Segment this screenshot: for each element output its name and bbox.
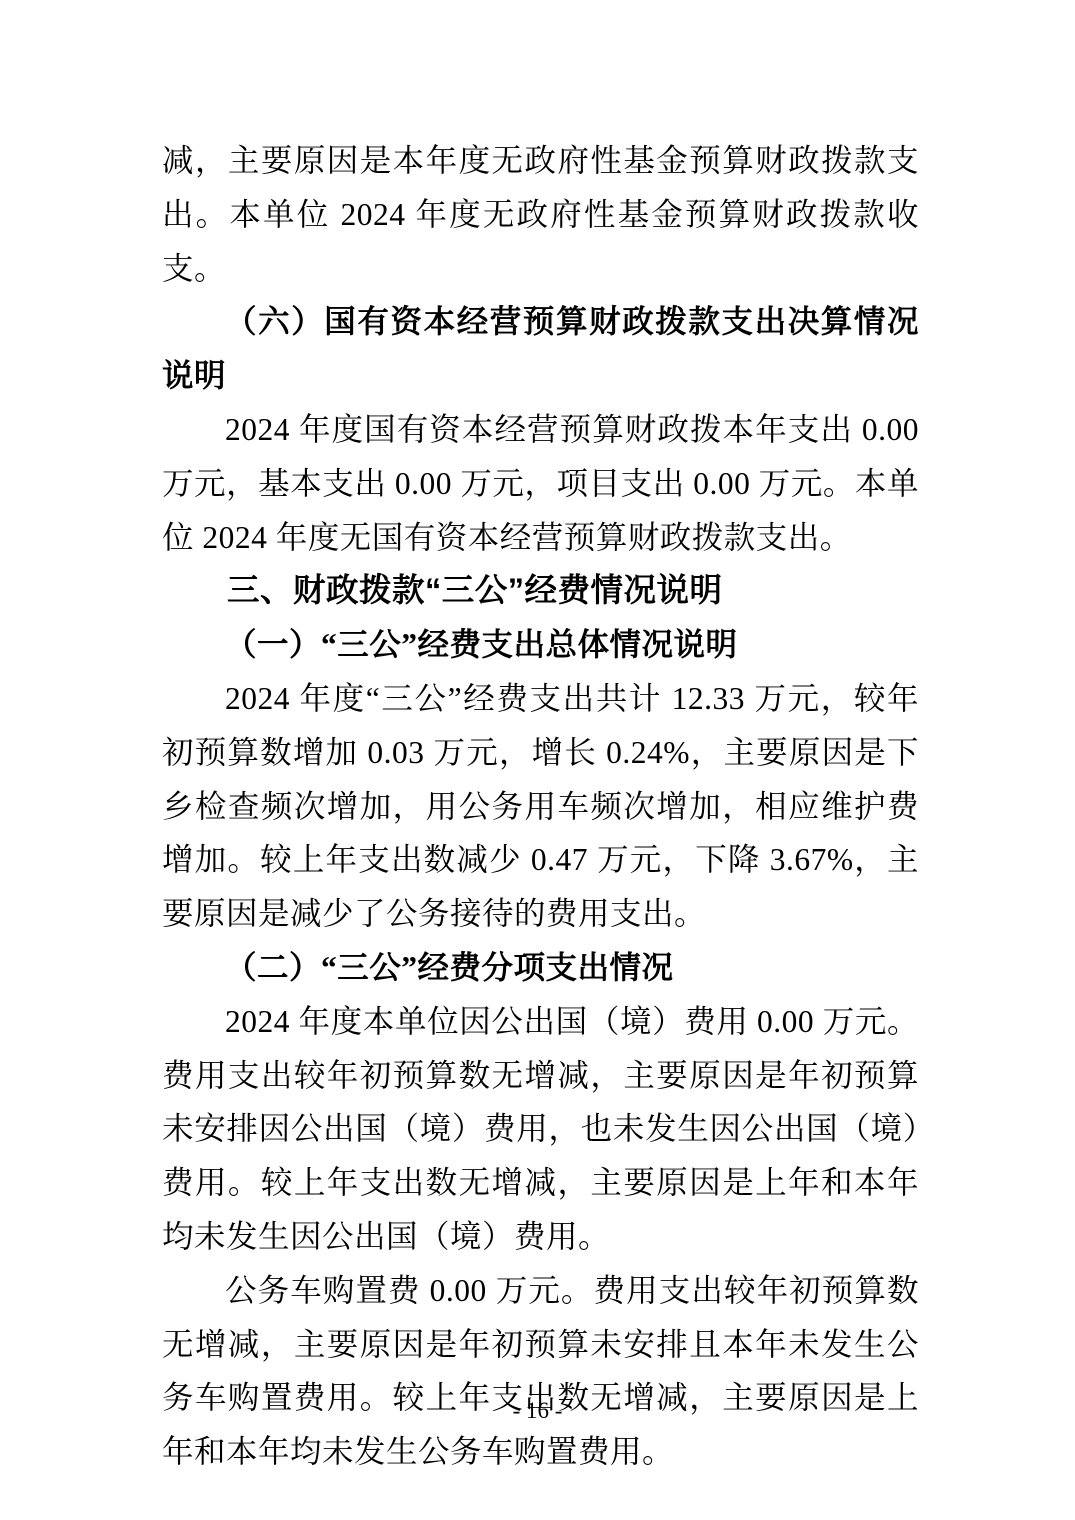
paragraph-official-vehicle-purchase: 公务车购置费 0.00 万元。费用支出较年初预算数无增减，主要原因是年初预算未安… (162, 1264, 919, 1479)
document-content: 减，主要原因是本年度无政府性基金预算财政拨款支出。本单位 2024 年度无政府性… (162, 134, 919, 1479)
paragraph-sangong-total-expenditure: 2024 年度“三公”经费支出共计 12.33 万元，较年初预算数增加 0.03… (162, 672, 919, 941)
page-number: - 16 - (0, 1398, 1075, 1424)
heading-subsection-one-total-expenditure: （一）“三公”经费支出总体情况说明 (162, 618, 919, 672)
heading-section-six-state-capital: （六）国有资本经营预算财政拨款支出决算情况说明 (162, 295, 919, 403)
heading-part-three-sangong-funds: 三、财政拨款“三公”经费情况说明 (162, 564, 919, 618)
paragraph-gov-fund-continuation: 减，主要原因是本年度无政府性基金预算财政拨款支出。本单位 2024 年度无政府性… (162, 134, 919, 295)
paragraph-state-capital-budget: 2024 年度国有资本经营预算财政拨本年支出 0.00 万元，基本支出 0.00… (162, 403, 919, 564)
document-page: 减，主要原因是本年度无政府性基金预算财政拨款支出。本单位 2024 年度无政府性… (0, 0, 1075, 1520)
paragraph-overseas-travel-expense: 2024 年度本单位因公出国（境）费用 0.00 万元。费用支出较年初预算数无增… (162, 995, 919, 1264)
heading-subsection-two-itemized-expenditure: （二）“三公”经费分项支出情况 (162, 941, 919, 995)
